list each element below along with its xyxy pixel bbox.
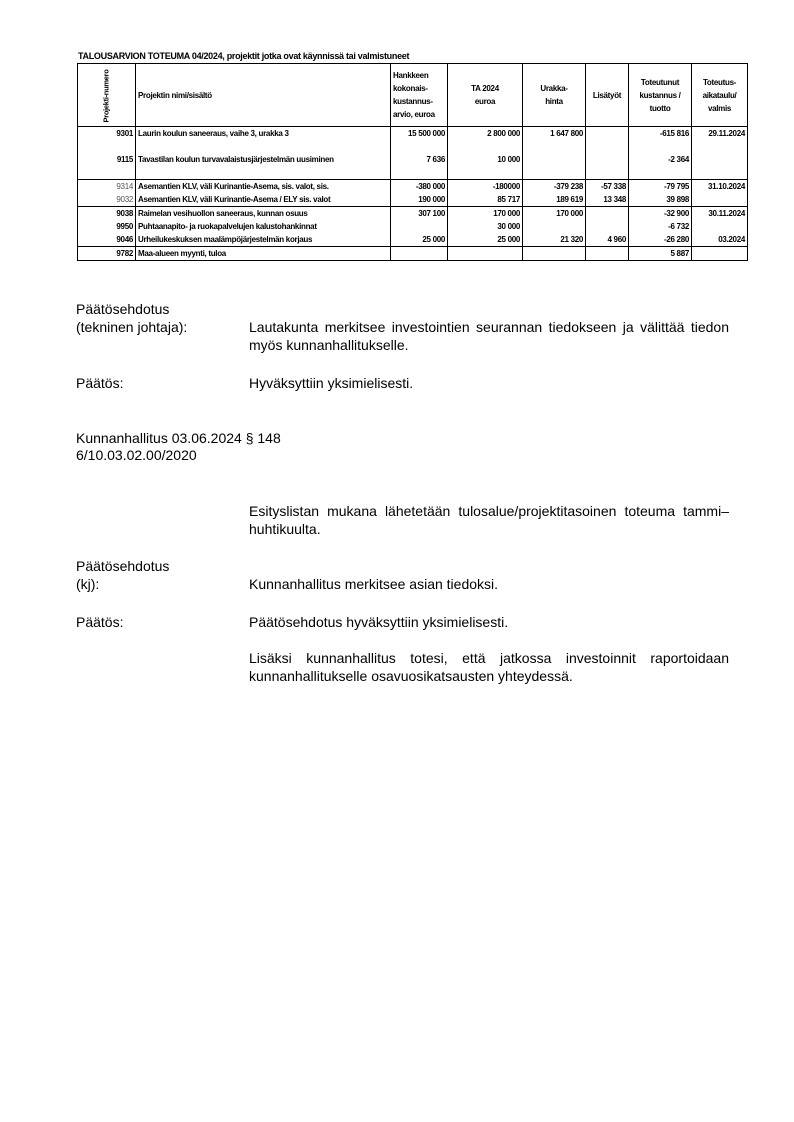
proposal-label-2: Päätösehdotus <box>76 557 169 575</box>
table-header-row: Projekti-numero Projektin nimi/sisältö H… <box>78 64 748 127</box>
table-row: 9314 Asemantien KLV, väli Kurinantie-Ase… <box>78 180 748 194</box>
proposal-text-2: Kunnanhallitus merkitsee asian tiedoksi. <box>249 575 729 593</box>
decision-text-2: Päätösehdotus hyväksyttiin yksimielisest… <box>249 613 729 631</box>
table-title: TALOUSARVION TOTEUMA 04/2024, projektit … <box>78 51 409 61</box>
proposal-author-label-2: (kj): <box>76 575 99 593</box>
decision-label: Päätös: <box>76 374 123 392</box>
decision-label-2: Päätös: <box>76 613 123 631</box>
meeting-heading: Kunnanhallitus 03.06.2024 § 148 <box>76 429 281 447</box>
header-estimate: Hankkeen kokonais- kustannus- arvio, eur… <box>391 64 448 127</box>
header-contract-price: Urakka- hinta <box>523 64 586 127</box>
decision-text: Hyväksyttiin yksimielisesti. <box>249 374 729 392</box>
header-extras: Lisätyöt <box>586 64 629 127</box>
table-row: 9301 Laurin koulun saneeraus, vaihe 3, u… <box>78 127 748 154</box>
table-row: 9046 Urheilukeskuksen maalämpöjärjestelm… <box>78 233 748 247</box>
table-row: 9950 Puhtaanapito- ja ruokapalvelujen ka… <box>78 220 748 233</box>
case-reference: 6/10.03.02.00/2020 <box>76 446 197 464</box>
header-schedule: Toteutus- aikataulu/ valmis <box>692 64 748 127</box>
table-row: 9032 Asemantien KLV, väli Kurinantie-Ase… <box>78 193 748 207</box>
header-project-number: Projekti-numero <box>78 64 136 127</box>
proposal-label: Päätösehdotus <box>76 300 169 318</box>
proposal-author-label: (tekninen johtaja): <box>76 318 187 336</box>
proposal-text: Lautakunta merkitsee investointien seura… <box>249 318 729 354</box>
table-row: 9782 Maa-alueen myynti, tuloa 5 887 <box>78 247 748 261</box>
header-actual-cost: Toteutunut kustannus / tuotto <box>629 64 692 127</box>
header-project-name: Projektin nimi/sisältö <box>136 64 391 127</box>
table-row: 9115 Tavastilan koulun turvavalaistusjär… <box>78 153 748 180</box>
table-row: 9038 Raimelan vesihuollon saneeraus, kun… <box>78 207 748 221</box>
header-ta-2024: TA 2024 euroa <box>448 64 523 127</box>
intro-text: Esityslistan mukana lähetetään tulosalue… <box>249 502 729 538</box>
budget-table: Projekti-numero Projektin nimi/sisältö H… <box>77 63 748 261</box>
addendum-text: Lisäksi kunnanhallitus totesi, että jatk… <box>249 649 729 685</box>
